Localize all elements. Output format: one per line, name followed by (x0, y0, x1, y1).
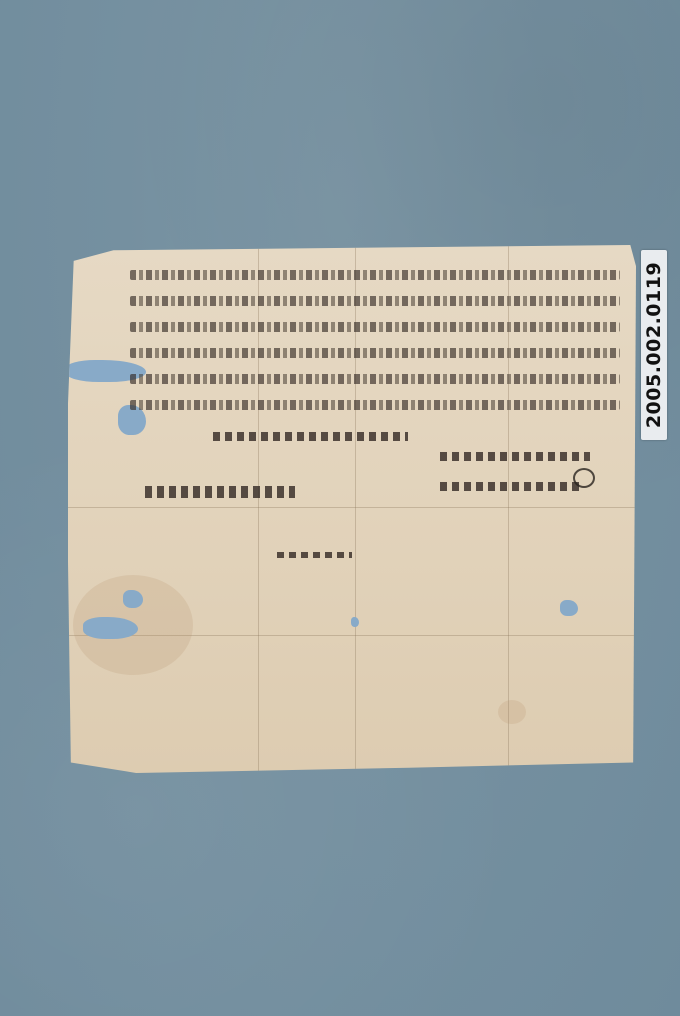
text-line (130, 296, 620, 306)
text-line (130, 374, 620, 384)
main-text-block (130, 270, 620, 426)
fold-crease-horizontal (68, 507, 636, 508)
insect-hole (83, 617, 138, 639)
text-line (130, 348, 620, 358)
marginal-note (277, 552, 352, 558)
text-line (130, 270, 620, 280)
closing-line (145, 486, 295, 498)
catalogue-number: 2005.002.0119 (643, 262, 665, 428)
note-line (213, 432, 408, 441)
text-line (130, 322, 620, 332)
catalogue-label: 2005.002.0119 (641, 250, 667, 440)
insect-hole (351, 617, 359, 627)
text-line (130, 400, 620, 410)
seal-mark (573, 468, 595, 488)
signature-line (440, 452, 590, 461)
water-stain (498, 700, 526, 724)
signature-line (440, 482, 580, 491)
insect-hole (123, 590, 143, 608)
insect-hole (560, 600, 578, 616)
